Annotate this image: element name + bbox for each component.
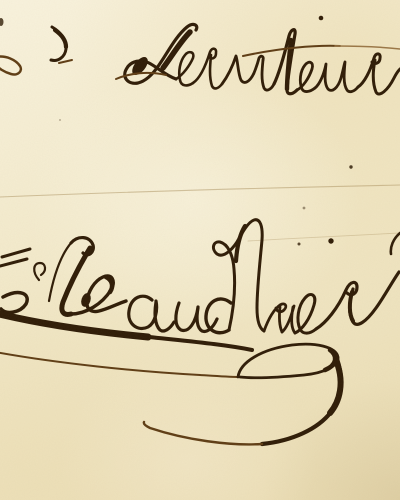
paper-grain-overlay: [0, 0, 400, 500]
handwriting-layer: [0, 0, 400, 500]
manuscript-photo: [0, 0, 400, 500]
